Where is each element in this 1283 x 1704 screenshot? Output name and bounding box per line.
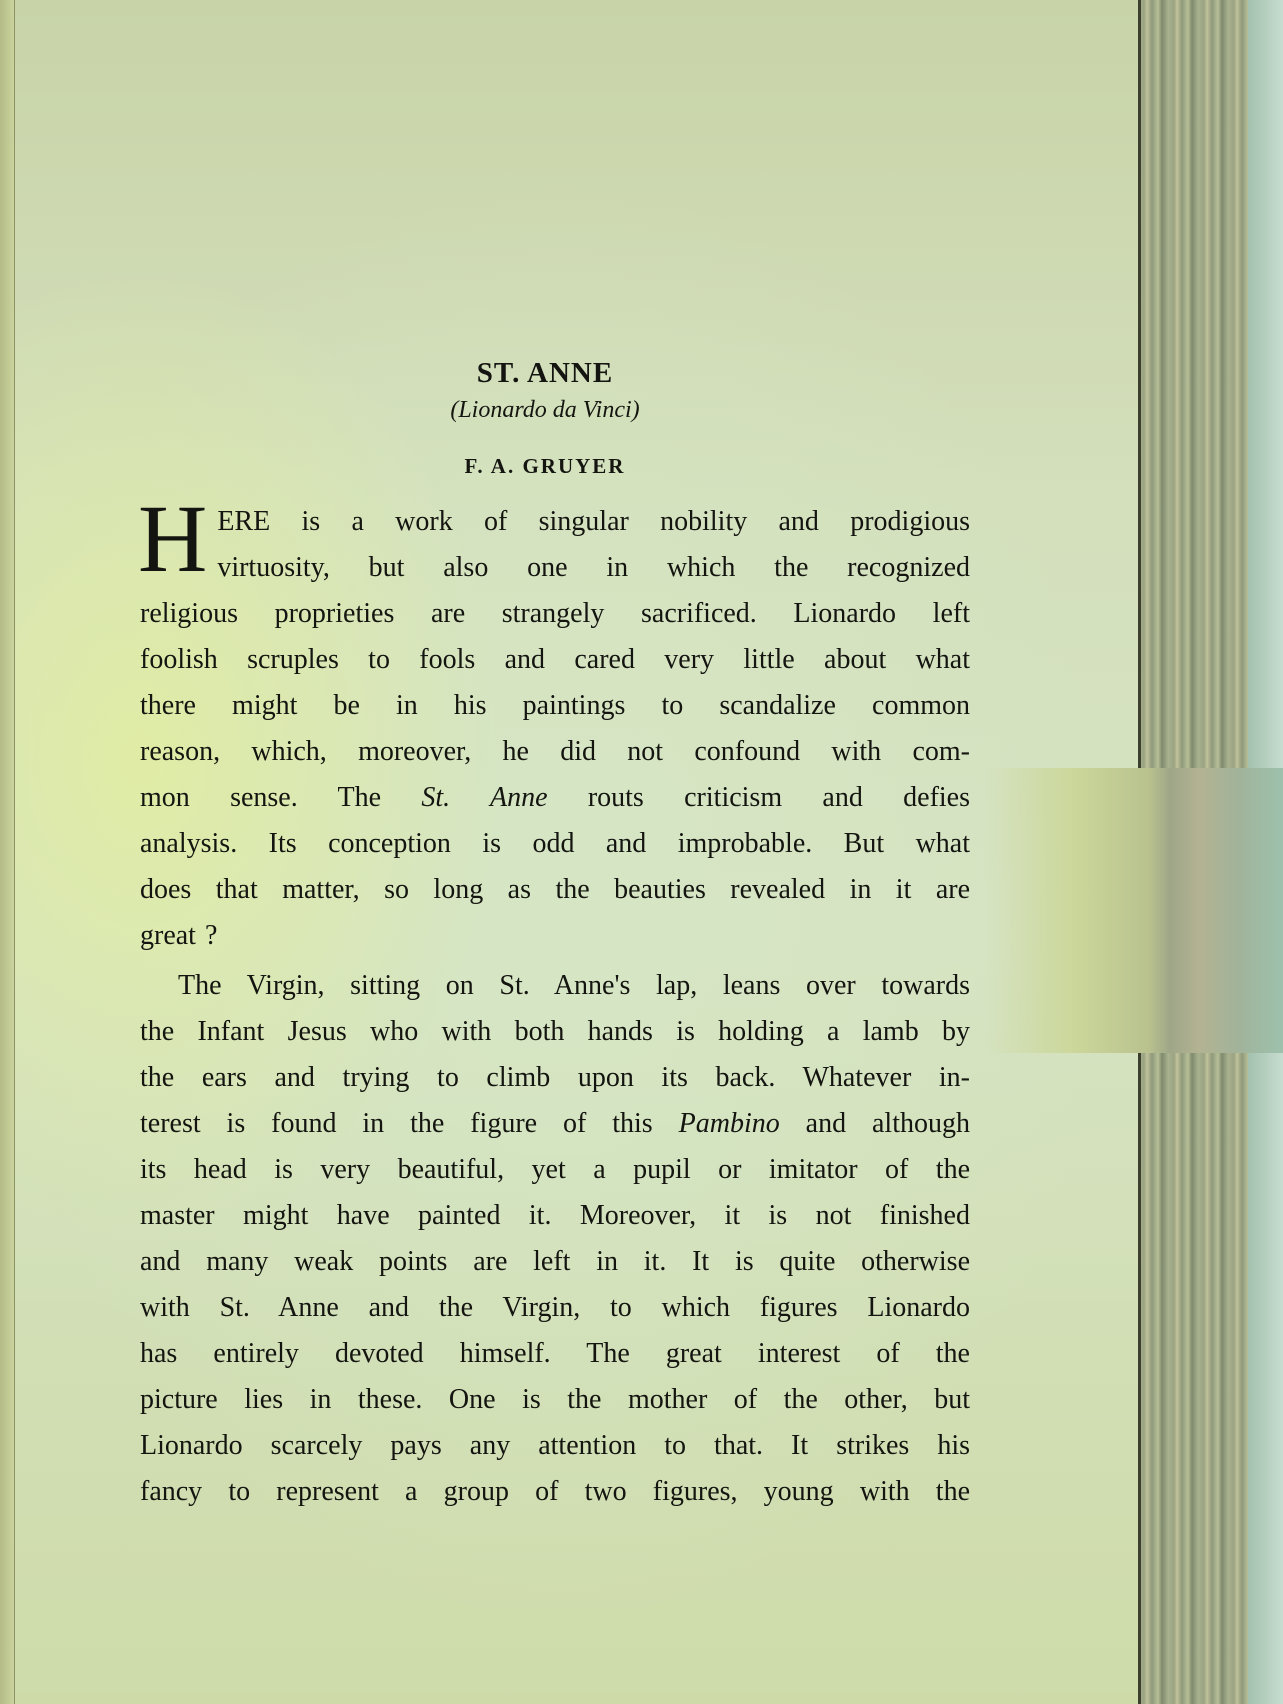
text-span: and although xyxy=(780,1108,970,1139)
text-line: analysis. Its conception is odd and impr… xyxy=(140,821,970,867)
text-line: religious proprieties are strangely sacr… xyxy=(140,591,970,637)
text-line: virtuosity, but also one in which the re… xyxy=(140,545,970,591)
text-line: its head is very beautiful, yet a pupil … xyxy=(140,1147,970,1193)
text-line: reason, which, moreover, he did not conf… xyxy=(140,729,970,775)
italic-title: St. Anne xyxy=(421,782,547,813)
text-line: master might have painted it. Moreover, … xyxy=(140,1193,970,1239)
text-line: the ears and trying to climb upon its ba… xyxy=(140,1055,970,1101)
text-span: routs criticism and defies xyxy=(548,782,971,813)
text-line: The Virgin, sitting on St. Anne's lap, l… xyxy=(140,963,970,1009)
page-subtitle: (Lionardo da Vinci) xyxy=(140,395,970,425)
text-line: and many weak points are left in it. It … xyxy=(140,1239,970,1285)
text-line: ERE is a work of singular nobility and p… xyxy=(140,499,970,545)
text-line: foolish scruples to fools and cared very… xyxy=(140,637,970,683)
text-line: terest is found in the figure of this Pa… xyxy=(140,1101,970,1147)
text-line: mon sense. The St. Anne routs criticism … xyxy=(140,775,970,821)
text-line: there might be in his paintings to scand… xyxy=(140,683,970,729)
text-line: picture lies in these. One is the mother… xyxy=(140,1377,970,1423)
text-line: does that matter, so long as the beautie… xyxy=(140,867,970,913)
text-line: with St. Anne and the Virgin, to which f… xyxy=(140,1285,970,1331)
page-title: ST. ANNE xyxy=(140,355,970,391)
text-line: has entirely devoted himself. The great … xyxy=(140,1331,970,1377)
drop-cap: H xyxy=(138,503,207,581)
page-content: ST. ANNE (Lionardo da Vinci) F. A. GRUYE… xyxy=(140,355,970,1515)
text-line: the Infant Jesus who with both hands is … xyxy=(140,1009,970,1055)
paragraph-2: The Virgin, sitting on St. Anne's lap, l… xyxy=(140,963,970,1515)
text-span: terest is found in the figure of this xyxy=(140,1108,679,1139)
scan-blur-artifact xyxy=(985,768,1283,1053)
text-line: Lionardo scarcely pays any attention to … xyxy=(140,1423,970,1469)
paragraph-1: H ERE is a work of singular nobility and… xyxy=(140,499,970,959)
italic-word: Pambino xyxy=(679,1108,780,1139)
text-line: great ? xyxy=(140,913,970,959)
text-line: fancy to represent a group of two figure… xyxy=(140,1469,970,1515)
page-gutter-edge xyxy=(0,0,15,1704)
text-span: mon sense. The xyxy=(140,782,421,813)
author-name: F. A. GRUYER xyxy=(140,453,970,479)
